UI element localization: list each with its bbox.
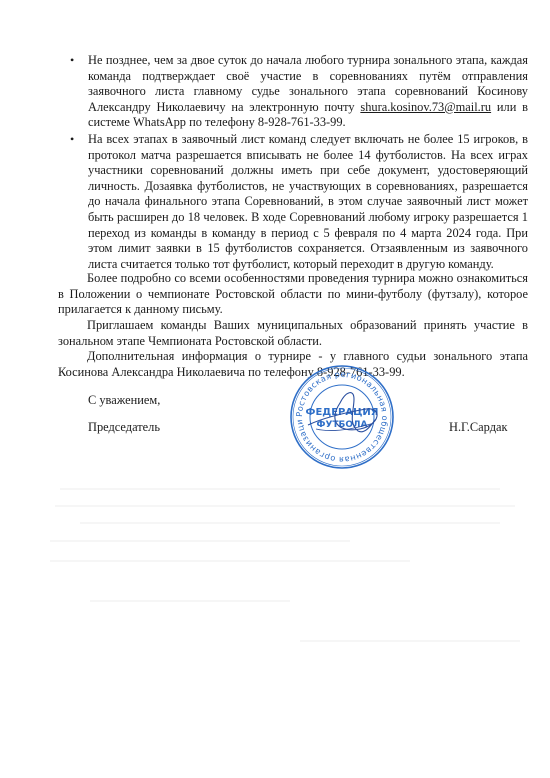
signature-position: Председатель xyxy=(88,420,160,436)
bullet-icon: • xyxy=(70,132,74,148)
signature-closing: С уважением, xyxy=(88,393,160,409)
bullet-icon: • xyxy=(70,53,74,69)
bleed-through-mark xyxy=(300,640,520,642)
signature-name: Н.Г.Сардак xyxy=(449,420,508,436)
bleed-through-mark xyxy=(50,560,410,562)
document-page: •Не позднее, чем за двое суток до начала… xyxy=(0,0,550,778)
bleed-through-mark xyxy=(60,488,500,490)
bleed-through-mark xyxy=(50,540,350,542)
bullet-item-roster-rules: •На всех этапах в заявочный лист команд … xyxy=(88,132,528,272)
bullet-item-application-deadline: •Не позднее, чем за двое суток до начала… xyxy=(88,53,528,131)
bleed-through-mark xyxy=(55,505,515,507)
official-stamp-icon: Ростовская региональная общественная орг… xyxy=(288,363,396,471)
bleed-through-mark xyxy=(90,600,290,602)
email-link[interactable]: shura.kosinov.73@mail.ru xyxy=(360,100,491,114)
paragraph-regulations: Более подробно со всеми особенностями пр… xyxy=(58,271,528,318)
bullet-text: На всех этапах в заявочный лист команд с… xyxy=(88,132,528,271)
bleed-through-mark xyxy=(80,522,500,524)
requirements-list: •Не позднее, чем за двое суток до начала… xyxy=(88,53,528,273)
paragraph-invitation: Приглашаем команды Ваших муниципальных о… xyxy=(58,318,528,349)
